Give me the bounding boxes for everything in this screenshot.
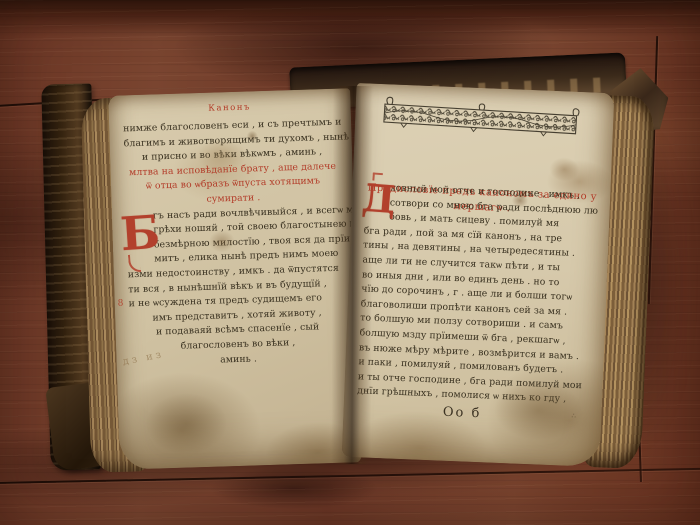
stain — [549, 157, 580, 182]
left-page: Канонъ нимже благословенъ еси , и съ пре… — [108, 88, 362, 469]
photo-scene: Канонъ нимже благословенъ еси , и съ пре… — [0, 0, 700, 525]
running-title: Канонъ — [109, 99, 351, 117]
left-page-text: Канонъ нимже благословенъ еси , и съ пре… — [108, 88, 362, 469]
stain — [146, 392, 228, 454]
right-page-text: Предисловїе предъ канономъ за едино умер… — [342, 83, 615, 467]
headpiece-woodcut — [381, 96, 585, 140]
right-page: Предисловїе предъ канономъ за едино умер… — [342, 83, 615, 467]
gutter-shadow — [331, 86, 373, 464]
fleuron-mark: ∴ — [571, 412, 576, 420]
margin-mark: 8 — [118, 299, 124, 309]
drop-cap-initial: Б — [119, 209, 161, 258]
